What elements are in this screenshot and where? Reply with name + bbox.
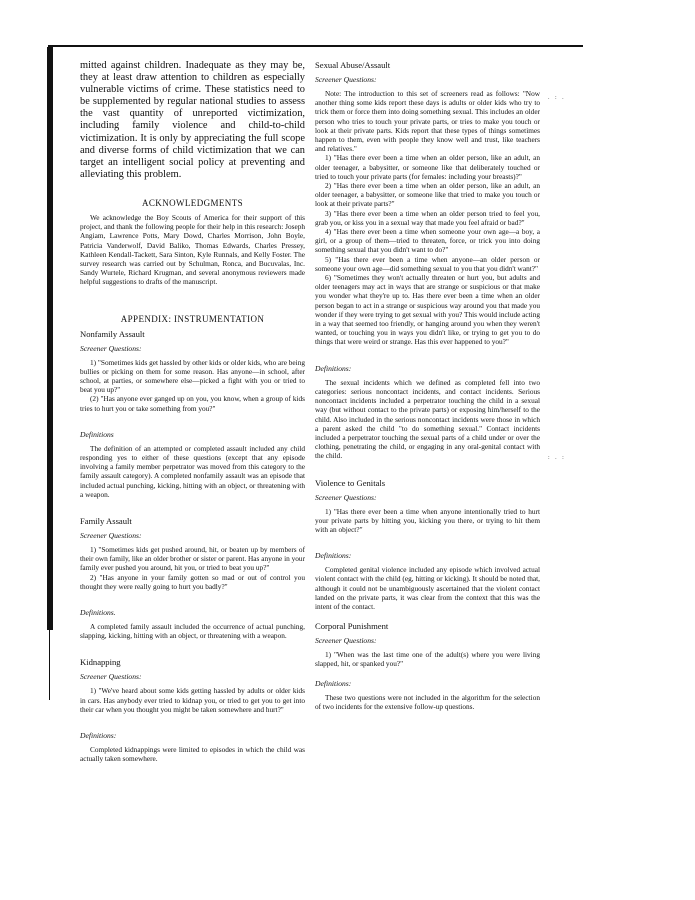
sexual-definitions-label: Definitions: (315, 364, 540, 373)
family-assault-title: Family Assault (80, 516, 305, 526)
nonfamily-screener-label: Screener Questions: (80, 344, 305, 353)
scan-binding-line (49, 630, 50, 700)
nonfamily-definitions: The definition of an attempted or comple… (80, 444, 305, 499)
kidnapping-screener-label: Screener Questions: (80, 672, 305, 681)
scan-noise: . : . (548, 95, 566, 101)
corporal-punishment-title: Corporal Punishment (315, 621, 540, 631)
violence-screener-label: Screener Questions: (315, 493, 540, 502)
page-top-rule (48, 45, 583, 47)
scan-binding-shadow (47, 47, 53, 630)
sexual-q6: 6) "Sometimes they won't actually threat… (315, 273, 540, 347)
sexual-abuse-title: Sexual Abuse/Assault (315, 60, 540, 70)
nonfamily-definitions-label: Definitions (80, 430, 305, 439)
intro-paragraph: mitted against children. Inadequate as t… (80, 60, 305, 181)
right-column: Sexual Abuse/Assault Screener Questions:… (315, 60, 540, 711)
sexual-screener-label: Screener Questions: (315, 75, 540, 84)
corporal-screener-label: Screener Questions: (315, 636, 540, 645)
family-screener-label: Screener Questions: (80, 531, 305, 540)
acknowledgments-heading: ACKNOWLEDGMENTS (80, 198, 305, 208)
violence-genitals-title: Violence to Genitals (315, 478, 540, 488)
sexual-q3: 3) "Has there ever been a time when an o… (315, 209, 540, 227)
appendix-heading: APPENDIX: INSTRUMENTATION (80, 314, 305, 324)
sexual-q4: 4) "Has there ever been a time when some… (315, 227, 540, 255)
corporal-definitions: These two questions were not included in… (315, 693, 540, 711)
kidnapping-q1: 1) "We've heard about some kids getting … (80, 686, 305, 714)
violence-definitions-label: Definitions: (315, 551, 540, 560)
left-column: mitted against children. Inadequate as t… (80, 60, 305, 763)
kidnapping-title: Kidnapping (80, 657, 305, 667)
family-q2: 2) "Has anyone in your family gotten so … (80, 573, 305, 591)
sexual-q2: 2) "Has there ever been a time when an o… (315, 181, 540, 209)
family-definitions: A completed family assault included the … (80, 622, 305, 640)
family-definitions-label: Definitions. (80, 608, 305, 617)
scan-noise: : . : (548, 455, 566, 461)
family-q1: 1) "Sometimes kids get pushed around, hi… (80, 545, 305, 573)
sexual-q1: 1) "Has there ever been a time when an o… (315, 153, 540, 181)
corporal-q1: 1) "When was the last time one of the ad… (315, 650, 540, 668)
nonfamily-q2: (2) "Has anyone ever ganged up on you, y… (80, 394, 305, 412)
acknowledgments-text: We acknowledge the Boy Scouts of America… (80, 213, 305, 287)
kidnapping-definitions-label: Definitions: (80, 731, 305, 740)
corporal-definitions-label: Definitions: (315, 679, 540, 688)
sexual-definitions: The sexual incidents which we defined as… (315, 378, 540, 461)
violence-q1: 1) "Has there ever been a time when anyo… (315, 507, 540, 535)
nonfamily-q1: 1) "Sometimes kids get hassled by other … (80, 358, 305, 395)
sexual-note: Note: The introduction to this set of sc… (315, 89, 540, 153)
kidnapping-definitions: Completed kidnappings were limited to ep… (80, 745, 305, 763)
violence-definitions: Completed genital violence included any … (315, 565, 540, 611)
sexual-q5: 5) "Has there ever been a time when anyo… (315, 255, 540, 273)
nonfamily-assault-title: Nonfamily Assault (80, 329, 305, 339)
